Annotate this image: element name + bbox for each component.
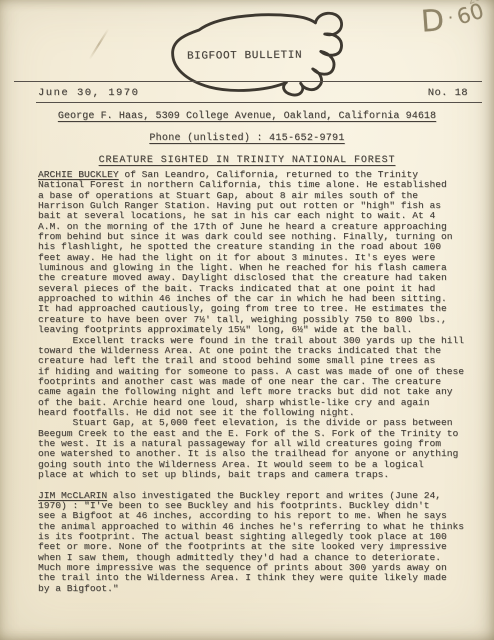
article-body: ARCHIE BUCKLEY of San Leandro, Californi… [38, 170, 484, 594]
handwritten-dot: · [448, 8, 453, 27]
jim-mcclarin-name: JIM McCLARIN [38, 490, 107, 501]
bulletin-page: D · 60 26 BIGFOOT BULLETIN June 30, 1970… [0, 0, 494, 640]
paragraph-stuart-gap-text: Stuart Gap, at 5,000 feet elevation, is … [38, 417, 458, 480]
header-rule-bottom [36, 102, 482, 103]
dateline: June 30, 1970 No. 18 [38, 87, 468, 99]
paragraph-excellent-tracks-text: Excellent tracks were found in the trail… [38, 335, 464, 418]
masthead-title: BIGFOOT BULLETIN [156, 49, 333, 63]
paragraph-jim-mcclarin-text: also investigated the Buckley report and… [38, 490, 464, 594]
paragraph-excellent-tracks: Excellent tracks were found in the trail… [38, 336, 484, 419]
issue-date: June 30, 1970 [38, 87, 139, 99]
handwritten-letter-d: D [420, 3, 445, 40]
header-rule-top [14, 81, 482, 82]
issue-number: No. 18 [428, 87, 468, 99]
masthead-logo: BIGFOOT BULLETIN [156, 4, 362, 100]
archie-buckley-name: ARCHIE BUCKLEY [38, 169, 119, 180]
editor-address: George F. Haas, 5309 College Avenue, Oak… [0, 111, 494, 122]
paragraph-jim-mcclarin: JIM McCLARIN also investigated the Buckl… [38, 491, 484, 594]
article-headline: CREATURE SIGHTED IN TRINITY NATIONAL FOR… [0, 155, 494, 166]
phone-line: Phone (unlisted) : 415-652-9791 [0, 133, 494, 144]
paragraph-archie-buckley-text: of San Leandro, California, returned to … [38, 169, 453, 335]
paragraph-archie-buckley: ARCHIE BUCKLEY of San Leandro, Californi… [38, 170, 484, 336]
paragraph-stuart-gap: Stuart Gap, at 5,000 feet elevation, is … [38, 418, 484, 480]
crease-mark [89, 28, 110, 60]
